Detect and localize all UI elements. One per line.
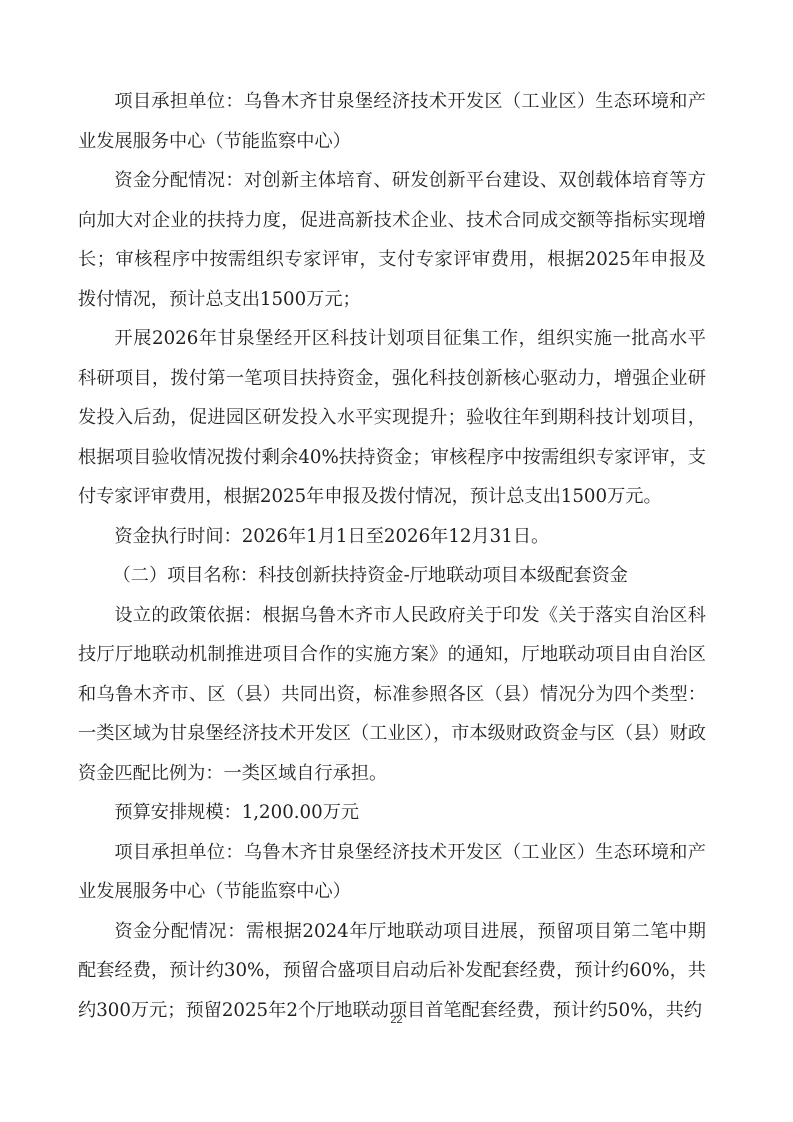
paragraph-project-collection: 开展2026年甘泉堡经开区科技计划项目征集工作，组织实施一批高水平科研项目，拨付… xyxy=(78,319,706,517)
section-heading-project-name: （二）项目名称：科技创新扶持资金-厅地联动项目本级配套资金 xyxy=(78,556,706,596)
paragraph-undertaking-unit-2: 项目承担单位：乌鲁木齐甘泉堡经济技术开发区（工业区）生态环境和产业发展服务中心（… xyxy=(78,833,706,912)
paragraph-fund-allocation-1: 资金分配情况：对创新主体培育、研发创新平台建设、双创载体培育等方向加大对企业的扶… xyxy=(78,161,706,319)
page-number: 22 xyxy=(0,1014,793,1026)
paragraph-undertaking-unit-1: 项目承担单位：乌鲁木齐甘泉堡经济技术开发区（工业区）生态环境和产业发展服务中心（… xyxy=(78,82,706,161)
paragraph-budget-scale: 预算安排规模：1,200.00万元 xyxy=(78,793,706,833)
paragraph-policy-basis: 设立的政策依据：根据乌鲁木齐市人民政府关于印发《关于落实自治区科技厅厅地联动机制… xyxy=(78,596,706,794)
paragraph-execution-time: 资金执行时间：2026年1月1日至2026年12月31日。 xyxy=(78,517,706,557)
document-body: 项目承担单位：乌鲁木齐甘泉堡经济技术开发区（工业区）生态环境和产业发展服务中心（… xyxy=(78,82,706,1030)
paragraph-fund-allocation-2: 资金分配情况：需根据2024年厅地联动项目进展，预留项目第二笔中期配套经费，预计… xyxy=(78,912,706,1031)
